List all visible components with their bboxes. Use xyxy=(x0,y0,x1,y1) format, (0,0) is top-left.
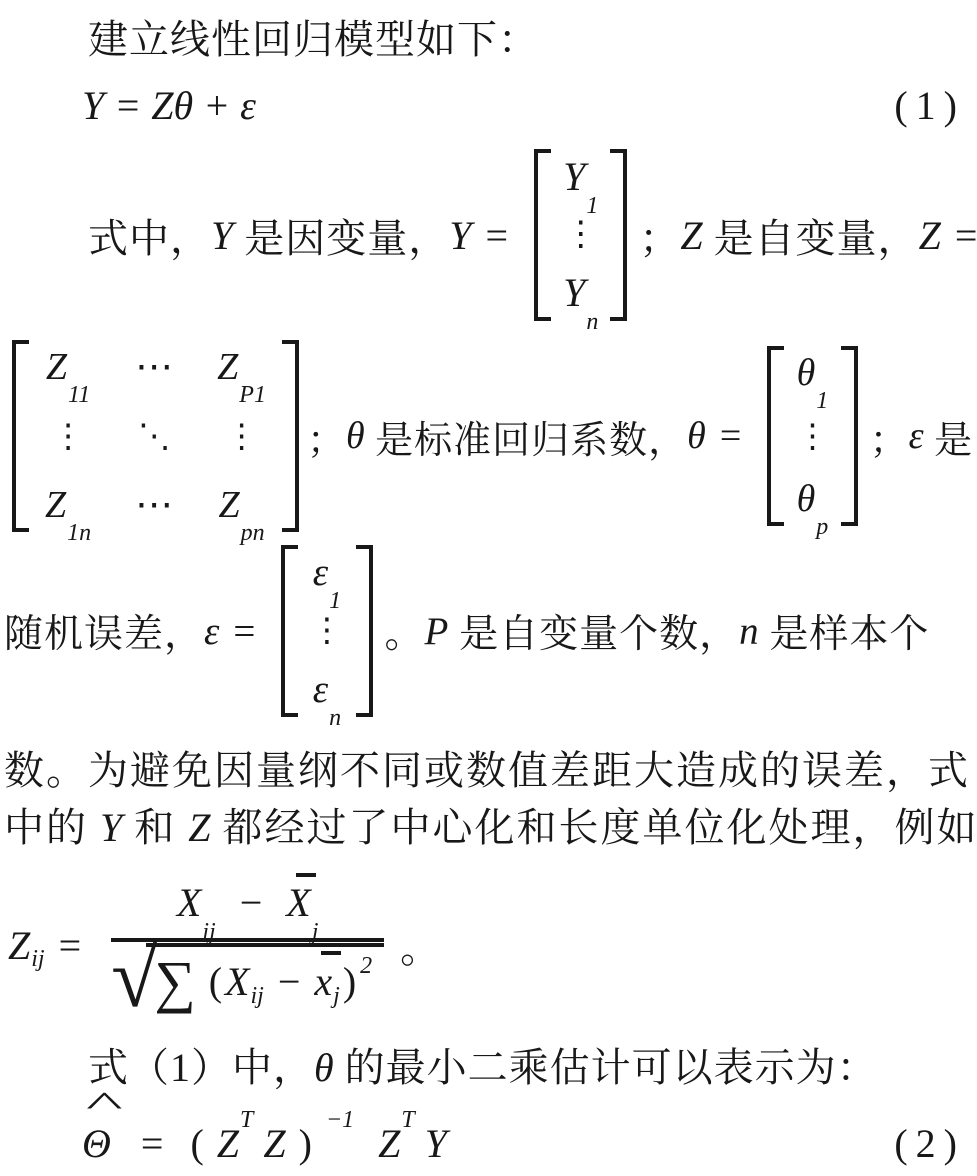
right-paren: ) xyxy=(299,1121,312,1166)
left-bracket xyxy=(281,545,298,717)
paragraph-line-1: 数。为避免因量纲不同或数值差距大造成的误差，式 xyxy=(0,742,977,799)
equals-sign: = xyxy=(59,922,82,969)
x-bar-lower: x xyxy=(314,958,332,1005)
var-theta: θ xyxy=(314,1040,334,1096)
minus-sign: − xyxy=(278,958,301,1005)
equals-sign: = xyxy=(486,212,509,259)
horizontal-ellipsis: ⋯ xyxy=(135,348,173,386)
vec-y-top: Y xyxy=(563,154,585,199)
summation-sign: ∑ xyxy=(154,953,195,1011)
left-paren: ( xyxy=(190,1121,203,1166)
equation-2: ^ Θ = ( ZT Z ) −1 ZT Y (2) xyxy=(0,1114,977,1174)
equals-sign: = xyxy=(955,212,977,259)
equation-2-body: ^ Θ = ( ZT Z ) −1 ZT Y xyxy=(82,1114,447,1174)
var-Z-2: Z xyxy=(919,212,941,259)
vec-y-bottom: Y xyxy=(563,270,585,315)
x-bar: X xyxy=(286,880,310,925)
var-n: n xyxy=(739,609,759,654)
vec-y-bottom-sub: n xyxy=(586,309,598,335)
hat-accent: ^ xyxy=(86,1088,123,1122)
equals-sign: = xyxy=(233,609,255,654)
y-definition-row: 式中， Y 是因变量， Y = Y1 ⋮ Yn ； Z 是自变量， Z = xyxy=(0,146,977,324)
vertical-ellipsis: ⋮ xyxy=(225,420,257,452)
text-num-samples: 是样本个 xyxy=(759,603,930,659)
right-paren: ) xyxy=(343,958,356,1005)
theta-vector: θ1 ⋮ θp xyxy=(767,346,857,526)
right-bracket xyxy=(356,545,373,717)
radicand: ∑ ( Xij − xj ) 2 xyxy=(146,943,384,1011)
theta-hat: ^ Θ xyxy=(82,1114,111,1174)
transpose-T: T xyxy=(240,1107,253,1133)
equation-1: Y = Zθ + ε (1) xyxy=(0,80,977,132)
epsilon-vector: ε1 ⋮ εn xyxy=(281,545,372,717)
var-Y: Y xyxy=(211,212,233,259)
minus-sign: − xyxy=(240,880,263,925)
equals-sign: = xyxy=(720,414,741,458)
least-squares-intro-line: 式（1）中， θ 的最小二乘估计可以表示为： xyxy=(0,1040,977,1096)
transpose-T: T xyxy=(401,1107,414,1133)
standardization-formula: Zij = Xij − Xj √ ∑ ( Xij − xj ) 2 xyxy=(0,864,977,1026)
vertical-ellipsis: ⋮ xyxy=(796,420,828,452)
var-Z: Z xyxy=(8,922,30,969)
vertical-ellipsis: ⋮ xyxy=(564,218,598,252)
z-matrix: Z11 ⋯ ZP1 ⋮ ⋱ ⋮ Z1n ⋯ Zpn xyxy=(12,340,299,532)
diagonal-ellipsis: ⋱ xyxy=(138,420,170,452)
var-epsilon: ε xyxy=(909,414,924,458)
var-Y-2: Y xyxy=(449,212,471,259)
paragraph-line-2: 中的 Y 和 Z 都经过了中心化和长度单位化处理，例如 xyxy=(0,799,977,856)
fraction: Xij − Xj √ ∑ ( Xij − xj ) 2 xyxy=(111,880,384,1011)
horizontal-ellipsis: ⋯ xyxy=(135,486,173,524)
semicolon: ； xyxy=(870,409,909,464)
text-shi: 是 xyxy=(924,409,974,464)
y-vector: Y1 ⋮ Yn xyxy=(534,149,627,321)
text-dependent-var: 是因变量， xyxy=(233,207,449,264)
vertical-ellipsis: ⋮ xyxy=(310,614,343,647)
epsilon-definition-row: 随机误差， ε = ε1 ⋮ εn 。 P 是自变量个数， n 是样本个 xyxy=(0,542,977,720)
var-theta-2: θ xyxy=(687,414,706,458)
vec-y-top-sub: 1 xyxy=(586,193,598,219)
var-Y: Y xyxy=(100,799,122,856)
equation-2-number: (2) xyxy=(894,1114,965,1174)
left-bracket xyxy=(12,340,29,532)
matrix-cell: Z xyxy=(45,484,66,526)
left-bracket xyxy=(767,346,784,526)
matrix-cell: Z xyxy=(218,484,239,526)
semicolon: ； xyxy=(639,207,680,264)
text-random-error: 随机误差， xyxy=(4,603,204,659)
text-std-regression-coef: 是标准回归系数， xyxy=(365,409,688,464)
right-bracket xyxy=(282,340,299,532)
left-paren: ( xyxy=(209,958,222,1005)
right-bracket xyxy=(610,149,627,321)
left-bracket xyxy=(534,149,551,321)
equation-1-body: Y = Zθ + ε xyxy=(82,80,256,132)
fullwidth-period: 。 xyxy=(400,917,441,974)
var-epsilon: ε xyxy=(204,609,219,654)
equals-sign: = xyxy=(141,1121,164,1166)
z-matrix-row: Z11 ⋯ ZP1 ⋮ ⋱ ⋮ Z1n ⋯ Zpn ； θ 是标准回归系数， θ… xyxy=(0,338,977,534)
var-Theta: Θ xyxy=(82,1121,111,1166)
semicolon: ； xyxy=(307,409,346,464)
text-shizhong: 式中， xyxy=(88,207,211,264)
var-P: P xyxy=(425,609,449,654)
vertical-ellipsis: ⋮ xyxy=(52,420,84,452)
fullwidth-period: 。 xyxy=(385,603,425,659)
text-num-independent: 是自变量个数， xyxy=(448,603,739,659)
equation-1-number: (1) xyxy=(894,80,965,132)
matrix-cell: Z xyxy=(46,346,67,388)
intro-text: 建立线性回归模型如下： xyxy=(88,12,539,68)
matrix-cell: Z xyxy=(217,346,238,388)
paper-page: 建立线性回归模型如下： Y = Zθ + ε (1) 式中， Y 是因变量， Y… xyxy=(0,0,977,1174)
text-independent-var: 是自变量， xyxy=(703,207,919,264)
fraction-denominator: √ ∑ ( Xij − xj ) 2 xyxy=(111,943,384,1011)
inverse-exponent: −1 xyxy=(326,1107,354,1133)
intro-line: 建立线性回归模型如下： xyxy=(0,12,977,68)
var-Z: Z xyxy=(188,799,210,856)
var-Z: Z xyxy=(680,212,702,259)
var-theta: θ xyxy=(346,414,365,458)
right-bracket xyxy=(841,346,858,526)
